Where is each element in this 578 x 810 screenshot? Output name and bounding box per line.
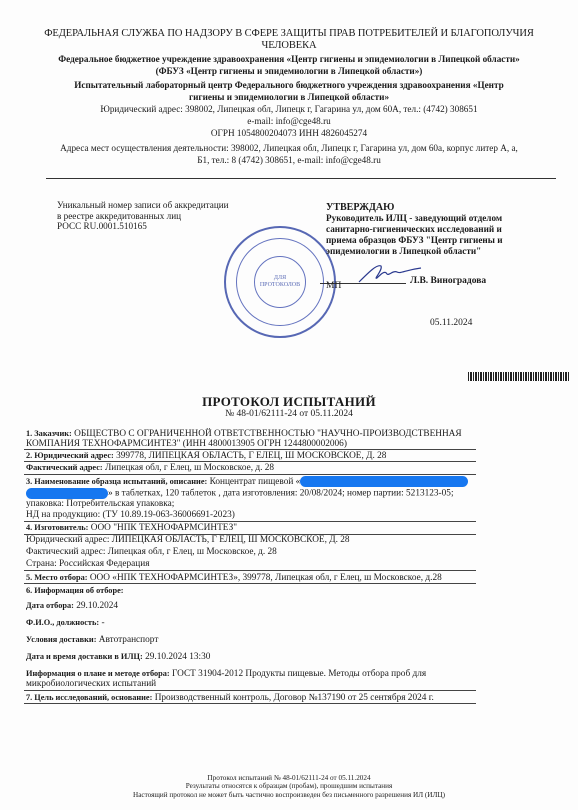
- stamp-center: ДЛЯ ПРОТОКОЛОВ: [254, 256, 306, 308]
- lab-name-line2: гигиены и эпидемиологии в Липецкой облас…: [0, 92, 578, 103]
- lab-email: e-mail: info@cge48.ru: [0, 116, 578, 127]
- sample-nd: НД на продукцию: (ТУ 10.89.19-063-360066…: [26, 510, 551, 521]
- sampler-fio-label: Ф.И.О., должность:: [26, 618, 99, 627]
- sampler-fio-value: -: [99, 618, 104, 628]
- activity-address: Адреса мест осуществления деятельности: …: [0, 143, 578, 154]
- ogrn-inn: ОГРН 1054800204073 ИНН 4826045274: [0, 128, 578, 139]
- redacted-product-name: [300, 476, 468, 487]
- stamp-text-1: ДЛЯ: [274, 275, 286, 282]
- official-stamp-icon: ДЛЯ ПРОТОКОЛОВ: [224, 226, 336, 338]
- section-sample: 3. Наименование образца испытаний, описа…: [26, 476, 551, 488]
- legal-address-value: 399778, ЛИПЕЦКАЯ ОБЛАСТЬ, Г ЕЛЕЦ, Ш МОСК…: [114, 451, 387, 461]
- approval-line2: санитарно-гигиенических исследований и: [326, 224, 556, 235]
- delivery-conditions-value: Автотранспорт: [96, 635, 158, 645]
- legal-address: Юридический адрес: 398002, Липецкая обл,…: [0, 104, 578, 115]
- agency-name-line2: ЧЕЛОВЕКА: [0, 40, 578, 52]
- accreditation-block: Уникальный номер записи об аккредитации …: [57, 200, 229, 232]
- rule-7: [24, 583, 476, 584]
- header-divider: [46, 178, 556, 179]
- footer-line3: Настоящий протокол не может быть частичн…: [0, 791, 578, 799]
- rule-8: [24, 690, 476, 691]
- agency-header: ФЕДЕРАЛЬНАЯ СЛУЖБА ПО НАДЗОРУ В СФЕРЕ ЗА…: [0, 28, 578, 52]
- rule-6: [24, 570, 476, 571]
- accreditation-line2: в реестре аккредитованных лиц: [57, 211, 229, 222]
- approval-date: 05.11.2024: [430, 318, 472, 328]
- lab-name: Испытательный лабораторный центр Федерал…: [0, 80, 578, 91]
- footer-line1: Протокол испытаний № 48-01/62111-24 от 0…: [0, 774, 578, 782]
- purpose-label: 7. Цель исследований, основание:: [26, 693, 152, 702]
- sampling-place-value: ООО «НПК ТЕХНОФАРМСИНТЕЗ», 399778, Липец…: [88, 573, 442, 583]
- agency-name: ФЕДЕРАЛЬНАЯ СЛУЖБА ПО НАДЗОРУ В СФЕРЕ ЗА…: [0, 28, 578, 40]
- customer-value: ОБЩЕСТВО С ОГРАНИЧЕННОЙ ОТВЕТСТВЕННОСТЬЮ…: [72, 429, 462, 439]
- customer-label: 1. Заказчик:: [26, 429, 72, 438]
- approval-line4: эпидемиологии в Липецкой области": [326, 246, 556, 257]
- sampling-method-label: Информация о плане и методе отбора:: [26, 669, 170, 678]
- institution-name: Федеральное бюджетное учреждение здравоо…: [0, 54, 578, 65]
- footer-line2: Результаты относятся к образцам (пробам)…: [0, 782, 578, 790]
- legal-address-label: 2. Юридический адрес:: [26, 451, 114, 460]
- protocol-number: № 48-01/62111-24 от 05.11.2024: [0, 409, 578, 419]
- delivery-conditions-label: Условия доставки:: [26, 635, 96, 644]
- accreditation-line1: Уникальный номер записи об аккредитации: [57, 200, 229, 211]
- approval-line1: Руководитель ИЛЦ - заведующий отделом: [326, 213, 556, 224]
- sample-value: Концентрат пищевой «: [207, 477, 300, 487]
- delivery-datetime-value: 29.10.2024 13:30: [143, 652, 211, 662]
- delivery-datetime: Дата и время доставки в ИЛЦ: 29.10.2024 …: [26, 651, 551, 663]
- sampling-method-line2: микробиологических испытаний: [26, 679, 551, 690]
- rule-9: [24, 703, 476, 704]
- approval-title: УТВЕРЖДАЮ: [326, 202, 556, 213]
- manufacturer-country: Страна: Российская Федерация: [26, 559, 551, 570]
- barcode-icon: [468, 372, 570, 381]
- approval-block: УТВЕРЖДАЮ Руководитель ИЛЦ - заведующий …: [326, 202, 556, 257]
- sampling-date-label: Дата отбора:: [26, 601, 74, 610]
- section-manufacturer: 4. Изготовитель: ООО "НПК ТЕХНОФАРМСИНТЕ…: [26, 522, 551, 534]
- section-sampling-info: 6. Информация об отборе:: [26, 585, 551, 597]
- signer-name: Л.В. Виноградова: [410, 276, 486, 286]
- sampling-method-value: ГОСТ 31904-2012 Продукты пищевые. Методы…: [170, 669, 426, 679]
- sampling-date-value: 29.10.2024: [74, 601, 118, 611]
- delivery-conditions: Условия доставки: Автотранспорт: [26, 634, 551, 646]
- delivery-datetime-label: Дата и время доставки в ИЛЦ:: [26, 652, 143, 661]
- purpose-value: Производственный контроль, Договор №1371…: [152, 693, 433, 703]
- fact-address-label: Фактический адрес:: [26, 463, 103, 472]
- section-fact-address: Фактический адрес: Липецкая обл, г Елец,…: [26, 462, 551, 474]
- manufacturer-legal-address: Юридический адрес: ЛИПЕЦКАЯ ОБЛАСТЬ, Г Е…: [26, 535, 551, 546]
- fact-address-value: Липецкая обл, г Елец, ш Московское, д. 2…: [103, 463, 274, 473]
- rule-3: [24, 474, 476, 475]
- sampling-date: Дата отбора: 29.10.2024: [26, 600, 551, 612]
- activity-address-line2: Б1, тел.: 8 (4742) 308651, e-mail: info@…: [0, 155, 578, 166]
- manufacturer-fact-address: Фактический адрес: Липецкая обл, г Елец,…: [26, 547, 551, 558]
- protocol-title: ПРОТОКОЛ ИСПЫТАНИЙ: [0, 394, 578, 410]
- sample-details: » в таблетках, 120 таблеток , дата изгот…: [108, 489, 454, 499]
- approval-line3: приема образцов ФБУЗ "Центр гигиены и: [326, 235, 556, 246]
- sample-line2: » в таблетках, 120 таблеток , дата изгот…: [26, 488, 551, 500]
- accreditation-number: РОСС RU.0001.510165: [57, 221, 229, 232]
- institution-short: (ФБУЗ «Центр гигиены и эпидемиологии в Л…: [0, 66, 578, 77]
- sample-label: 3. Наименование образца испытаний, описа…: [26, 477, 207, 486]
- sample-packaging: упаковка: Потребительская упаковка;: [26, 499, 551, 510]
- manufacturer-label: 4. Изготовитель:: [26, 523, 88, 532]
- redacted-product-name-2: [26, 488, 108, 499]
- stamp-text-2: ПРОТОКОЛОВ: [260, 282, 300, 289]
- manufacturer-value: ООО "НПК ТЕХНОФАРМСИНТЕЗ": [88, 523, 237, 533]
- page-footer: Протокол испытаний № 48-01/62111-24 от 0…: [0, 774, 578, 799]
- sampler-fio: Ф.И.О., должность: -: [26, 617, 551, 629]
- sampling-info-label: 6. Информация об отборе:: [26, 586, 124, 595]
- mp-mark: МП: [326, 281, 341, 291]
- sampling-place-label: 5. Место отбора:: [26, 573, 88, 582]
